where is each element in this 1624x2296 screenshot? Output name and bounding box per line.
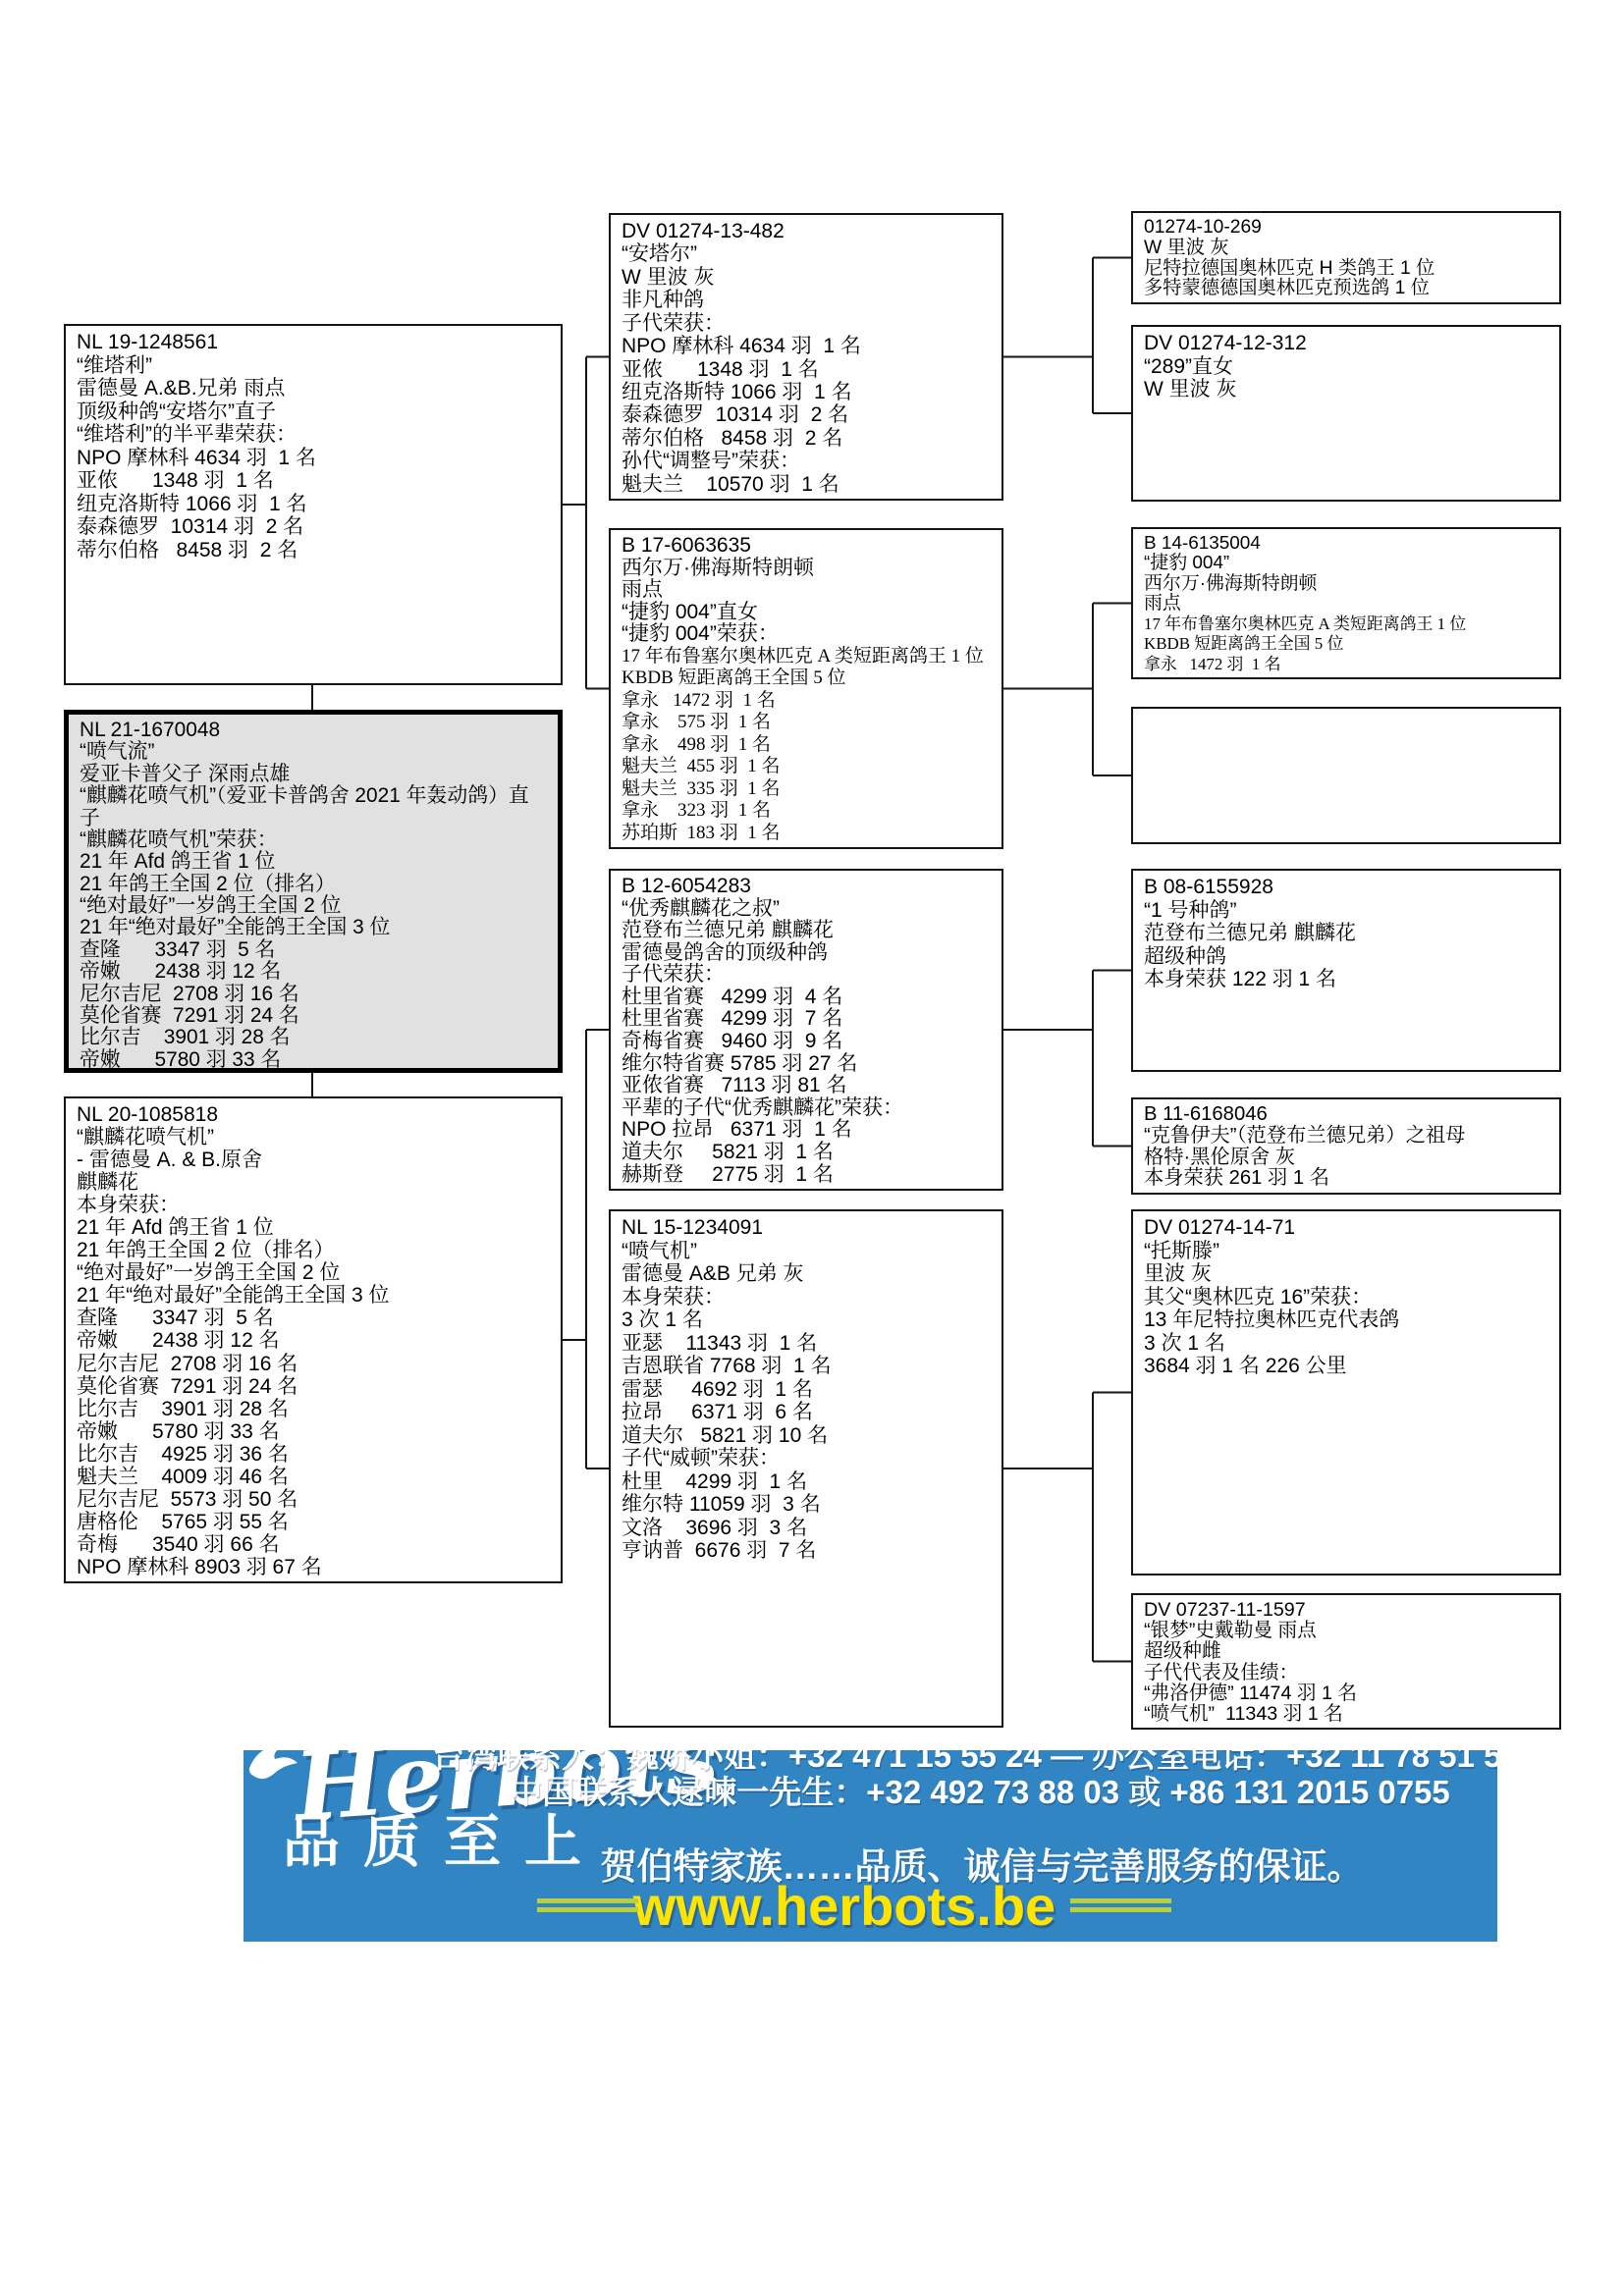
pedigree-line: 纽克洛斯特 1066 羽 1 名: [622, 381, 991, 403]
pedigree-line: 拉昂 6371 羽 6 名: [622, 1401, 991, 1424]
pedigree-line: 雷德曼鸽舍的顶级种鸽: [622, 942, 991, 965]
pedigree-line: 苏珀斯 183 羽 1 名: [622, 823, 991, 845]
pedigree-line: 文洛 3696 羽 3 名: [622, 1517, 991, 1540]
ring-number: B 12-6054283: [622, 876, 991, 898]
pedigree-line: 维尔特省赛 5785 羽 27 名: [622, 1053, 991, 1076]
ring-number: NL 20-1085818: [77, 1103, 550, 1126]
pedigree-line: “克鲁伊夫”（范登布兰德兄弟）之祖母: [1144, 1126, 1548, 1148]
pedigree-line: 莫伦省赛 7291 羽 24 名: [77, 1375, 550, 1398]
pedigree-box-sire: NL 19-1248561“维塔利”雷德曼 A.&B.兄弟 雨点顶级种鸽“安塔尔…: [64, 324, 563, 685]
pedigree-line: 魁夫兰 4009 羽 46 名: [77, 1466, 550, 1488]
pedigree-line: 尼尔吉尼 5573 羽 50 名: [77, 1488, 550, 1511]
pedigree-line: 超级种雌: [1144, 1641, 1548, 1662]
pedigree-line: 亚侬省赛 7113 羽 81 名: [622, 1075, 991, 1097]
pedigree-line: “维塔利”的半平辈荣获：: [77, 423, 550, 447]
banner-website-link[interactable]: www.herbots.be: [589, 1874, 1100, 1938]
pedigree-line: 本身荣获 122 羽 1 名: [1144, 968, 1548, 991]
ring-number: B 08-6155928: [1144, 876, 1548, 899]
pedigree-line: 亚侬 1348 羽 1 名: [77, 469, 550, 493]
banner-contact-china: 中国联系人逯暕一先生：+32 492 73 88 03 或 +86 131 20…: [484, 1767, 1476, 1813]
pedigree-line: 里波 灰: [1144, 1262, 1548, 1286]
pedigree-line: “喷气机” 11343 羽 1 名: [1144, 1704, 1548, 1725]
pedigree-line: 雨点: [622, 579, 991, 602]
pedigree-line: 比尔吉 3901 羽 28 名: [80, 1027, 547, 1048]
pedigree-line: 超级种鸽: [1144, 945, 1548, 969]
pedigree-line: 本身荣获：: [77, 1194, 550, 1216]
pedigree-line: 帝嫩 5780 羽 33 名: [80, 1049, 547, 1071]
pedigree-line: 21 年“绝对最好”全能鸽王全国 3 位: [80, 917, 547, 938]
pedigree-line: 拿永 1472 羽 1 名: [622, 690, 991, 713]
pedigree-line: 平辈的子代“优秀麒麟花”荣获：: [622, 1097, 991, 1120]
pedigree-line: 吉恩联省 7768 羽 1 名: [622, 1355, 991, 1378]
pedigree-box-subject: NL 21-1670048“喷气流”爱亚卡普父子 深雨点雄“麒麟花喷气机”（爱亚…: [64, 710, 563, 1073]
ring-number: NL 19-1248561: [77, 331, 550, 354]
pedigree-line: 泰森德罗 10314 羽 2 名: [622, 403, 991, 426]
pedigree-line: “麒麟花喷气机”: [77, 1126, 550, 1148]
pedigree-line: 帝嫩 2438 羽 12 名: [80, 961, 547, 983]
pedigree-line: “捷豹 004”荣获：: [622, 623, 991, 646]
pedigree-line: 子代荣获：: [622, 312, 991, 335]
pedigree-box-gg8: DV 07237-11-1597“银梦”史戴勒曼 雨点超级种雌子代代表及佳绩：“…: [1131, 1593, 1561, 1730]
pedigree-line: 帝嫩 5780 羽 33 名: [77, 1420, 550, 1443]
pedigree-line: 子代荣获：: [622, 964, 991, 987]
pedigree-line: 范登布兰德兄弟 麒麟花: [1144, 922, 1548, 945]
pedigree-line: KBDB 短距离鸽王全国 5 位: [622, 667, 991, 690]
pedigree-line: - 雷德曼 A. & B.原舍: [77, 1148, 550, 1171]
pedigree-box-gg5: B 08-6155928“1 号种鸽”范登布兰德兄弟 麒麟花超级种鸽本身荣获 1…: [1131, 869, 1561, 1072]
pedigree-line: 21 年 Afd 鸽王省 1 位: [80, 851, 547, 873]
pedigree-box-gg6: B 11-6168046“克鲁伊夫”（范登布兰德兄弟）之祖母格特·黑伦原舍 灰本…: [1131, 1097, 1561, 1195]
pedigree-line: 查隆 3347 羽 5 名: [80, 939, 547, 961]
pedigree-line: “弗洛伊德” 11474 羽 1 名: [1144, 1683, 1548, 1704]
pedigree-line: 21 年鸽王全国 2 位（排名）: [77, 1239, 550, 1261]
pedigree-line: 17 年布鲁塞尔奥林匹克 A 类短距离鸽王 1 位: [1144, 614, 1548, 634]
pedigree-box-gg2: DV 01274-12-312“289”直女W 里波 灰: [1131, 325, 1561, 502]
pedigree-line: 本身荣获：: [622, 1286, 991, 1309]
pedigree-line: 3 次 1 名: [1144, 1332, 1548, 1356]
pedigree-line: 雷德曼 A.&B.兄弟 雨点: [77, 377, 550, 400]
pedigree-line: 奇梅省赛 9460 羽 9 名: [622, 1031, 991, 1053]
pedigree-box-gg4: [1131, 707, 1561, 844]
pedigree-line: 帝嫩 2438 羽 12 名: [77, 1329, 550, 1352]
ring-number: B 14-6135004: [1144, 534, 1548, 554]
pedigree-line: 21 年“绝对最好”全能鸽王全国 3 位: [77, 1284, 550, 1307]
pedigree-line: 雷德曼 A&B 兄弟 灰: [622, 1262, 991, 1286]
pedigree-line: 纽克洛斯特 1066 羽 1 名: [77, 493, 550, 516]
pedigree-line: 杜里省赛 4299 羽 4 名: [622, 987, 991, 1009]
banner-rule-left: [537, 1898, 638, 1911]
ring-number: NL 15-1234091: [622, 1216, 991, 1240]
pedigree-box-gg3: B 14-6135004“捷豹 004”西尔万·佛海斯特朗顿雨点17 年布鲁塞尔…: [1131, 527, 1561, 679]
pedigree-line: “绝对最好”一岁鸽王全国 2 位: [80, 895, 547, 917]
ring-number: 01274-10-269: [1144, 218, 1548, 239]
pedigree-line: 道夫尔 5821 羽 10 名: [622, 1424, 991, 1448]
pedigree-line: 杜里 4299 羽 1 名: [622, 1470, 991, 1494]
pedigree-line: W 里波 灰: [622, 266, 991, 289]
pedigree-line: 13 年尼特拉奥林匹克代表鸽: [1144, 1308, 1548, 1332]
pedigree-line: 范登布兰德兄弟 麒麟花: [622, 920, 991, 942]
pedigree-box-dam: NL 20-1085818“麒麟花喷气机”- 雷德曼 A. & B.原舍麒麟花本…: [64, 1096, 563, 1583]
pedigree-line: 唐格伦 5765 羽 55 名: [77, 1511, 550, 1533]
pedigree-line: 本身荣获 261 羽 1 名: [1144, 1168, 1548, 1190]
pedigree-line: 其父“奥林匹克 16”荣获：: [1144, 1286, 1548, 1309]
pedigree-line: NPO 拉昂 6371 羽 1 名: [622, 1119, 991, 1142]
pedigree-line: 格特·黑伦原舍 灰: [1144, 1148, 1548, 1169]
pedigree-line: NPO 摩林科 4634 羽 1 名: [77, 447, 550, 470]
pedigree-line: 17 年布鲁塞尔奥林匹克 A 类短距离鸽王 1 位: [622, 646, 991, 668]
pedigree-line: “捷豹 004”: [1144, 554, 1548, 573]
pedigree-line: “1 号种鸽”: [1144, 899, 1548, 923]
pedigree-line: 蒂尔伯格 8458 羽 2 名: [77, 539, 550, 562]
pedigree-line: “安塔尔”: [622, 242, 991, 265]
pedigree-line: 赫斯登 2775 羽 1 名: [622, 1164, 991, 1187]
pedigree-line: 亨讷普 6676 羽 7 名: [622, 1539, 991, 1563]
pedigree-line: 3684 羽 1 名 226 公里: [1144, 1355, 1548, 1378]
ring-number: DV 07237-11-1597: [1144, 1600, 1548, 1621]
ring-number: B 11-6168046: [1144, 1104, 1548, 1126]
pedigree-line: 比尔吉 3901 羽 28 名: [77, 1398, 550, 1420]
pedigree-line: 拿永 575 羽 1 名: [622, 712, 991, 734]
pedigree-page: NL 19-1248561“维塔利”雷德曼 A.&B.兄弟 雨点顶级种鸽“安塔尔…: [0, 0, 1624, 2296]
pedigree-box-g3: B 12-6054283“优秀麒麟花之叔”范登布兰德兄弟 麒麟花雷德曼鸽舍的顶级…: [609, 869, 1003, 1191]
pedigree-line: “289”直女: [1144, 355, 1548, 379]
pedigree-box-g1: DV 01274-13-482“安塔尔”W 里波 灰非凡种鸽子代荣获：NPO 摩…: [609, 213, 1003, 501]
pedigree-line: W 里波 灰: [1144, 378, 1548, 401]
pedigree-line: 蒂尔伯格 8458 羽 2 名: [622, 427, 991, 450]
pedigree-line: 维尔特 11059 羽 3 名: [622, 1493, 991, 1517]
pedigree-line: 拿永 323 羽 1 名: [622, 800, 991, 823]
herbots-banner: Herbots 品质至上 台湾联系人：魏娇小姐：+32 471 15 55 24…: [244, 1750, 1497, 1942]
pedigree-line: “优秀麒麟花之叔”: [622, 898, 991, 921]
ring-number: DV 01274-13-482: [622, 220, 991, 242]
pedigree-line: 孙代“调整号”荣获：: [622, 450, 991, 472]
pedigree-line: W 里波 灰: [1144, 239, 1548, 259]
pedigree-line: 道夫尔 5821 羽 1 名: [622, 1142, 991, 1164]
ring-number: NL 21-1670048: [80, 720, 547, 741]
pedigree-line: 多特蒙德德国奥林匹克预选鸽 1 位: [1144, 279, 1548, 299]
pedigree-line: “喷气机”: [622, 1240, 991, 1263]
pedigree-line: 杜里省赛 4299 羽 7 名: [622, 1008, 991, 1031]
pedigree-line: 麒麟花: [77, 1171, 550, 1194]
pedigree-line: 拿永 498 羽 1 名: [622, 734, 991, 757]
pedigree-line: 莫伦省赛 7291 羽 24 名: [80, 1005, 547, 1027]
pedigree-line: 3 次 1 名: [622, 1308, 991, 1332]
pedigree-box-g2: B 17-6063635西尔万·佛海斯特朗顿雨点“捷豹 004”直女“捷豹 00…: [609, 528, 1003, 849]
ring-number: DV 01274-14-71: [1144, 1216, 1548, 1240]
pedigree-line: 21 年 Afd 鸽王省 1 位: [77, 1216, 550, 1239]
pedigree-line: 顶级种鸽“安塔尔”直子: [77, 400, 550, 424]
banner-rule-right: [1070, 1898, 1171, 1911]
pedigree-line: NPO 摩林科 8903 羽 67 名: [77, 1556, 550, 1578]
pedigree-line: KBDB 短距离鸽王全国 5 位: [1144, 634, 1548, 654]
pedigree-line: 雷瑟 4692 羽 1 名: [622, 1378, 991, 1402]
pedigree-line: 西尔万·佛海斯特朗顿: [622, 558, 991, 580]
ring-number: DV 01274-12-312: [1144, 332, 1548, 355]
pedigree-line: 魁夫兰 455 羽 1 名: [622, 756, 991, 778]
pedigree-line: “麒麟花喷气机”（爱亚卡普鸽舍 2021 年轰动鸽）直子: [80, 785, 547, 829]
pedigree-line: “维塔利”: [77, 354, 550, 378]
ring-number: B 17-6063635: [622, 535, 991, 558]
pedigree-line: 比尔吉 4925 羽 36 名: [77, 1443, 550, 1466]
pedigree-line: “麒麟花喷气机”荣获：: [80, 829, 547, 851]
pedigree-line: 奇梅 3540 羽 66 名: [77, 1533, 550, 1556]
pedigree-line: NPO 摩林科 4634 羽 1 名: [622, 335, 991, 357]
pedigree-line: 魁夫兰 335 羽 1 名: [622, 778, 991, 801]
pedigree-line: 亚瑟 11343 羽 1 名: [622, 1332, 991, 1356]
pedigree-line: 尼特拉德国奥林匹克 H 类鸽王 1 位: [1144, 259, 1548, 280]
pedigree-line: 查隆 3347 羽 5 名: [77, 1307, 550, 1329]
pedigree-line: “喷气流”: [80, 741, 547, 763]
pedigree-line: 爱亚卡普父子 深雨点雄: [80, 764, 547, 785]
pedigree-line: 雨点: [1144, 594, 1548, 614]
pedigree-box-gg1: 01274-10-269W 里波 灰尼特拉德国奥林匹克 H 类鸽王 1 位多特蒙…: [1131, 211, 1561, 304]
pedigree-line: 尼尔吉尼 2708 羽 16 名: [80, 984, 547, 1005]
pedigree-line: 亚侬 1348 羽 1 名: [622, 358, 991, 381]
pedigree-box-gg7: DV 01274-14-71“托斯滕”里波 灰其父“奥林匹克 16”荣获：13 …: [1131, 1209, 1561, 1575]
pedigree-line: “绝对最好”一岁鸽王全国 2 位: [77, 1261, 550, 1284]
pedigree-line: 泰森德罗 10314 羽 2 名: [77, 515, 550, 539]
pedigree-line: 魁夫兰 10570 羽 1 名: [622, 473, 991, 496]
pedigree-line: 子代“威顿”荣获：: [622, 1447, 991, 1470]
pedigree-box-g4: NL 15-1234091“喷气机”雷德曼 A&B 兄弟 灰本身荣获：3 次 1…: [609, 1209, 1003, 1728]
pedigree-line: 子代代表及佳绩：: [1144, 1663, 1548, 1683]
pedigree-line: “捷豹 004”直女: [622, 602, 991, 624]
pedigree-line: 非凡种鸽: [622, 289, 991, 311]
pedigree-line: 拿永 1472 羽 1 名: [1144, 655, 1548, 674]
pedigree-line: “托斯滕”: [1144, 1240, 1548, 1263]
pedigree-line: 西尔万·佛海斯特朗顿: [1144, 574, 1548, 594]
pedigree-line: “银梦”史戴勒曼 雨点: [1144, 1621, 1548, 1641]
pedigree-line: 尼尔吉尼 2708 羽 16 名: [77, 1353, 550, 1375]
pedigree-line: 21 年鸽王全国 2 位（排名）: [80, 874, 547, 895]
